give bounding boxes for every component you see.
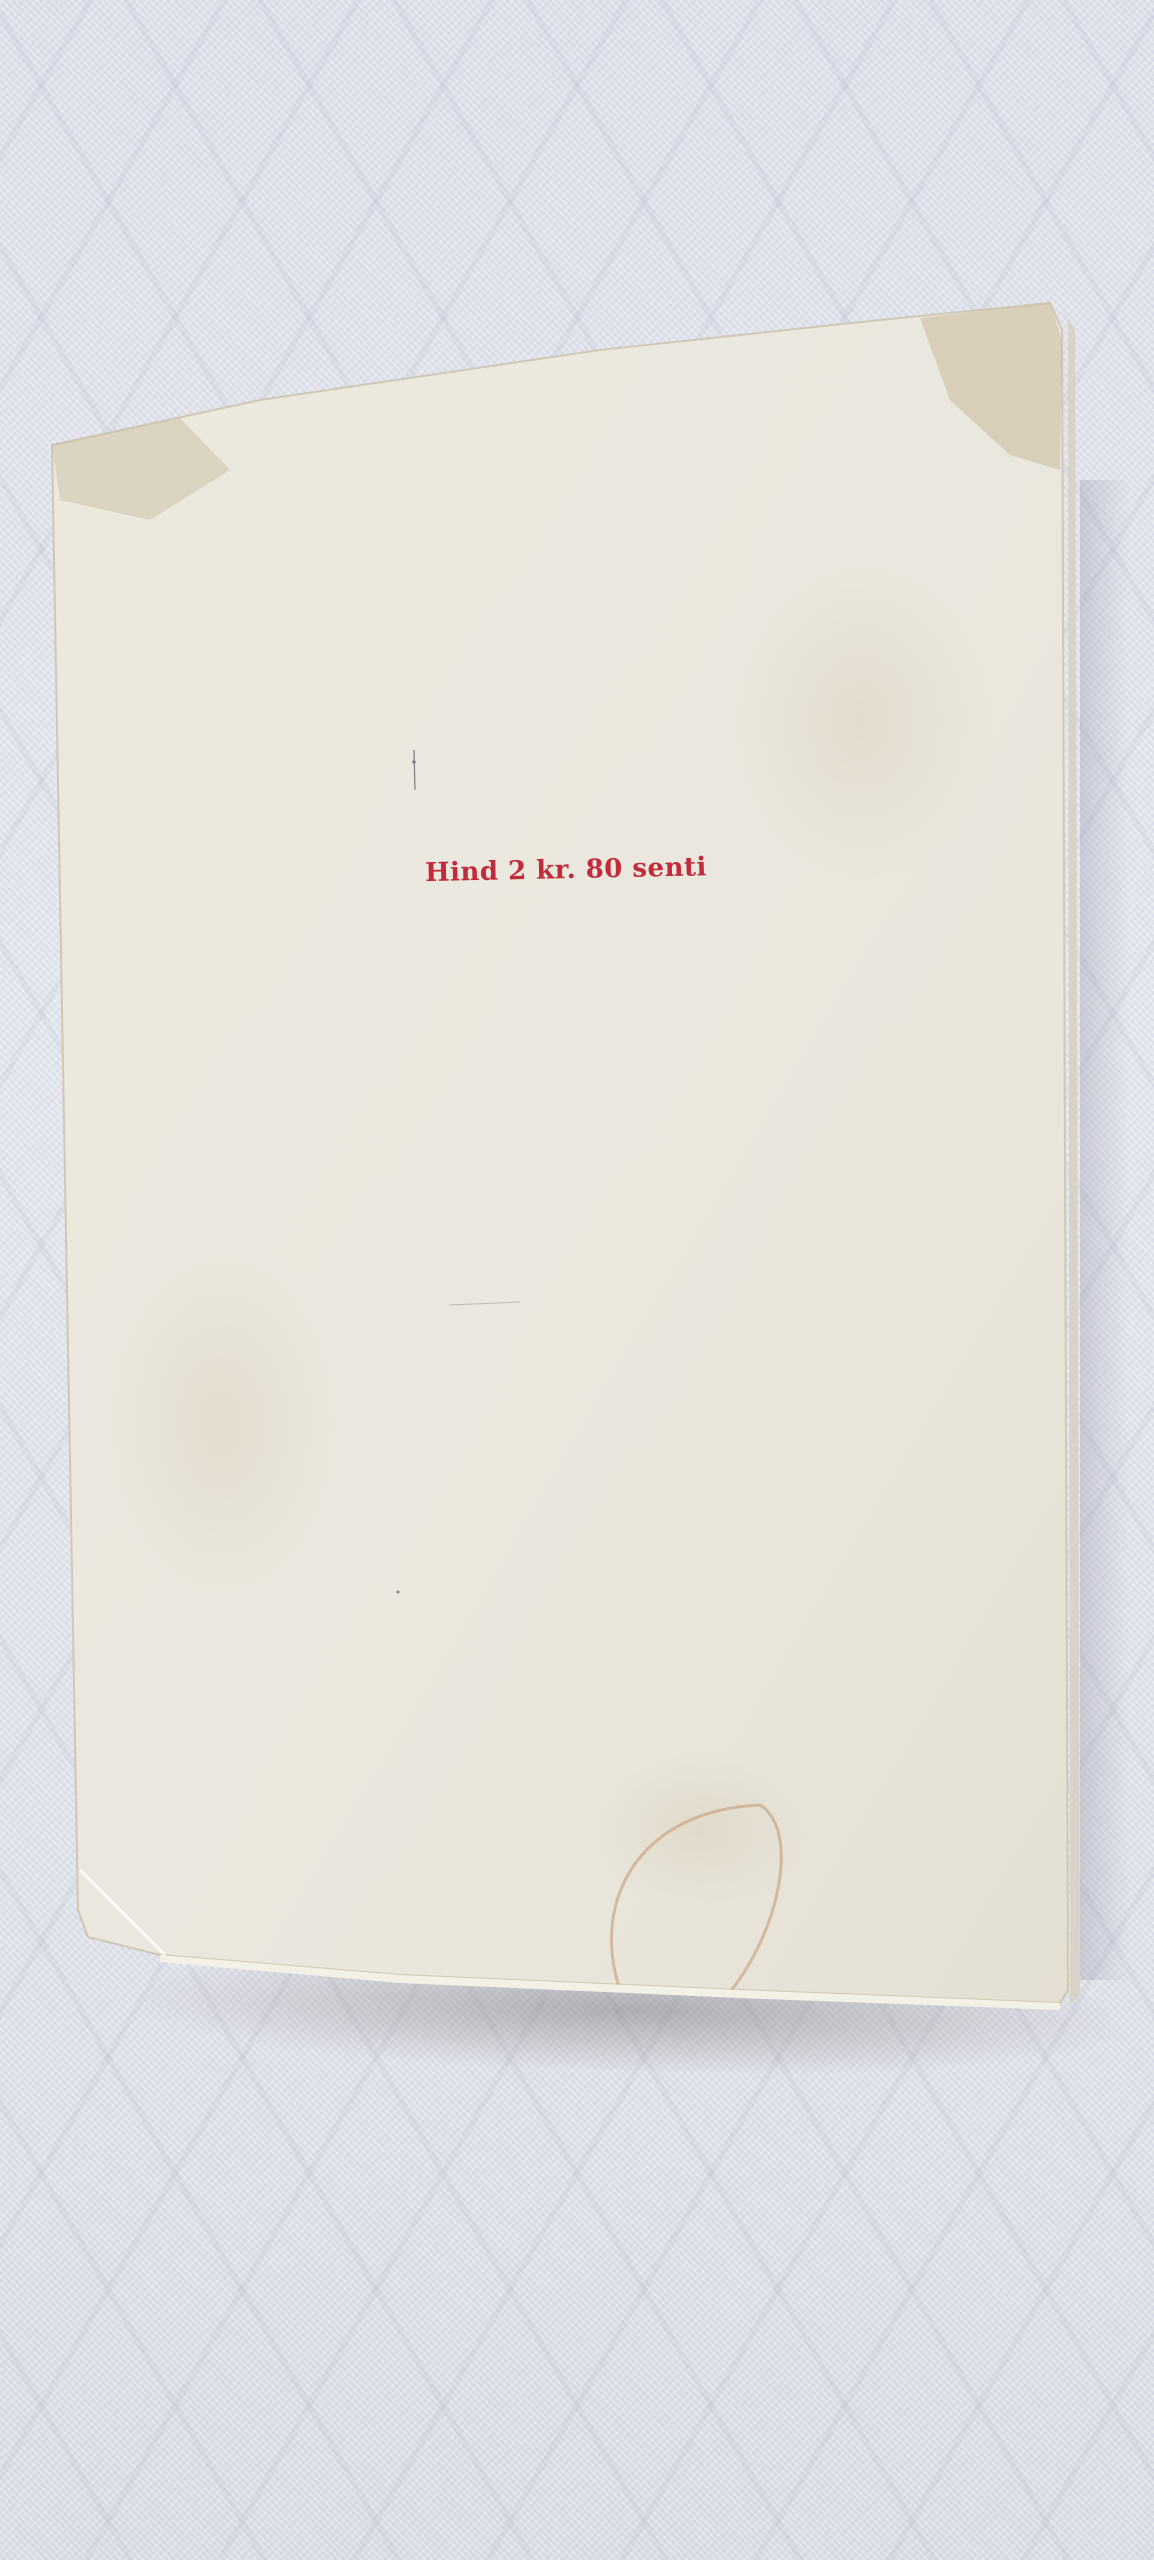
price-text: Hind 2 kr. 80 senti [425,852,726,888]
book-shape [0,0,1154,2560]
book-back-cover: ​ Hind 2 kr. 80 senti [0,0,1154,2560]
